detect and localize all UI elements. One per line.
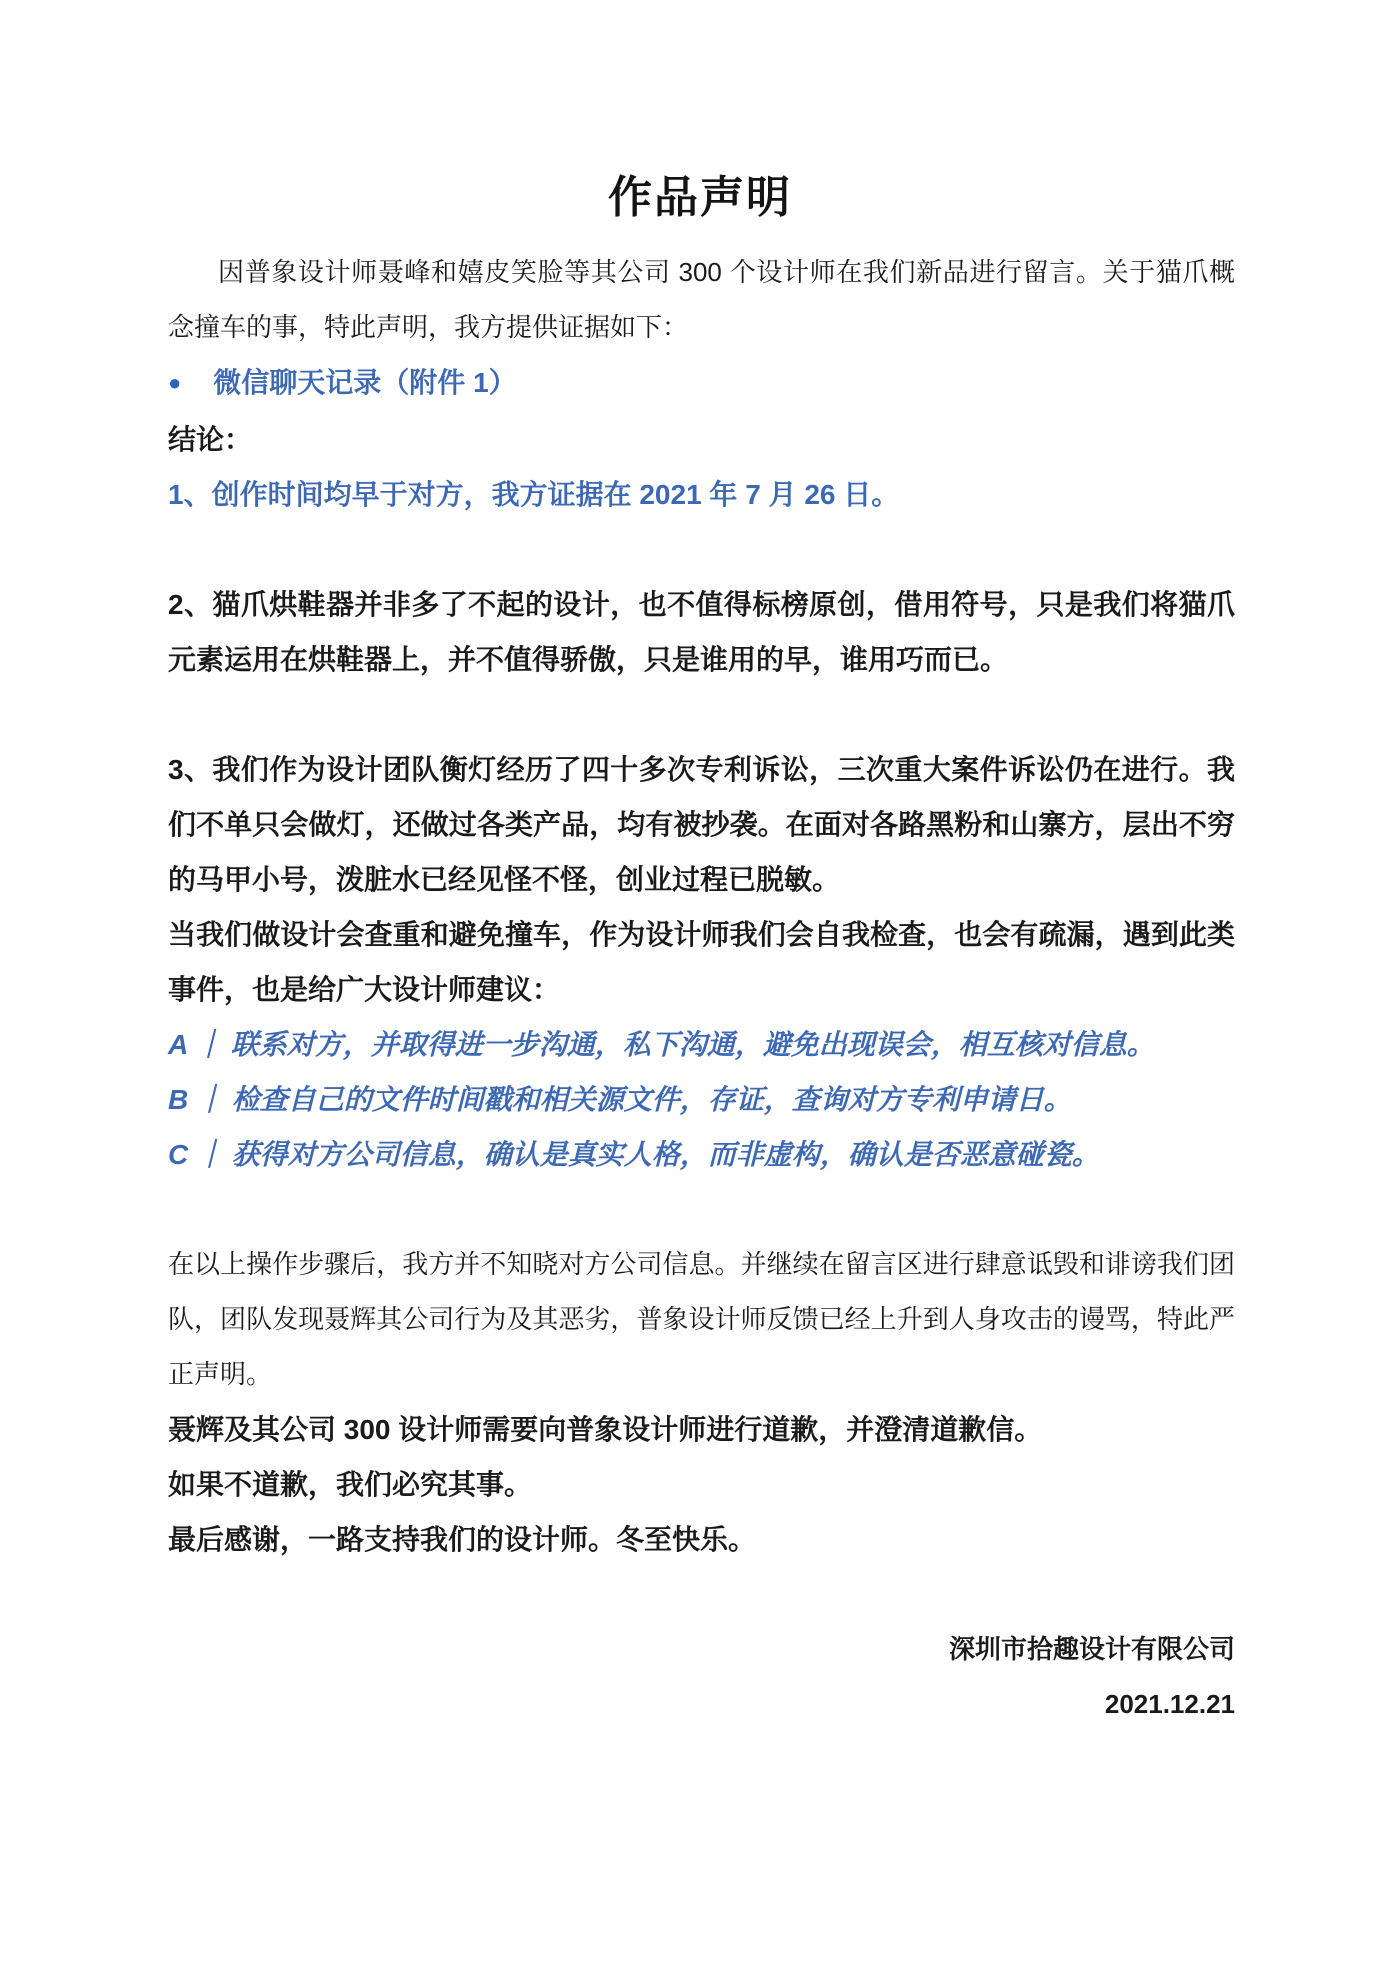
warning-statement: 如果不道歉，我们必究其事。 [168, 1457, 1235, 1512]
conclusion-point-2: 2、猫爪烘鞋器并非多了不起的设计，也不值得标榜原创，借用符号，只是我们将猫爪元素… [168, 577, 1235, 687]
closing-statement: 最后感谢，一路支持我们的设计师。冬至快乐。 [168, 1512, 1235, 1567]
intro-paragraph: 因普象设计师聂峰和嬉皮笑脸等其公司 300 个设计师在我们新品进行留言。关于猫爪… [168, 245, 1235, 355]
evidence-list-item: ● 微信聊天记录（附件 1） [168, 355, 1235, 412]
signature-date: 2021.12.21 [168, 1677, 1235, 1732]
bullet-icon: ● [168, 355, 181, 410]
paragraph-spacer [168, 522, 1235, 577]
document-page: 作品声明 因普象设计师聂峰和嬉皮笑脸等其公司 300 个设计师在我们新品进行留言… [0, 0, 1400, 1980]
signature-company: 深圳市拾趣设计有限公司 [168, 1622, 1235, 1677]
paragraph-spacer [168, 687, 1235, 742]
aftermath-paragraph: 在以上操作步骤后，我方并不知晓对方公司信息。并继续在留言区进行肆意诋毁和诽谤我们… [168, 1237, 1235, 1402]
conclusion-label: 结论： [168, 412, 1235, 467]
conclusion-point-3: 3、我们作为设计团队衡灯经历了四十多次专利诉讼，三次重大案件诉讼仍在进行。我们不… [168, 742, 1235, 907]
page-title: 作品声明 [0, 172, 1400, 224]
advice-item-b: B ｜ 检查自己的文件时间戳和相关源文件，存证，查询对方专利申请日。 [168, 1072, 1235, 1127]
demand-statement: 聂辉及其公司 300 设计师需要向普象设计师进行道歉，并澄清道歉信。 [168, 1402, 1235, 1457]
evidence-label: 微信聊天记录（附件 1） [213, 355, 516, 410]
advice-intro: 当我们做设计会查重和避免撞车，作为设计师我们会自我检查，也会有疏漏，遇到此类事件… [168, 907, 1235, 1017]
advice-item-a: A ｜ 联系对方，并取得进一步沟通，私下沟通，避免出现误会，相互核对信息。 [168, 1017, 1235, 1072]
paragraph-spacer [168, 1182, 1235, 1237]
advice-item-c: C ｜ 获得对方公司信息，确认是真实人格，而非虚构，确认是否恶意碰瓷。 [168, 1127, 1235, 1182]
document-body: 因普象设计师聂峰和嬉皮笑脸等其公司 300 个设计师在我们新品进行留言。关于猫爪… [168, 245, 1235, 1732]
conclusion-point-1: 1、创作时间均早于对方，我方证据在 2021 年 7 月 26 日。 [168, 467, 1235, 522]
paragraph-spacer [168, 1567, 1235, 1622]
